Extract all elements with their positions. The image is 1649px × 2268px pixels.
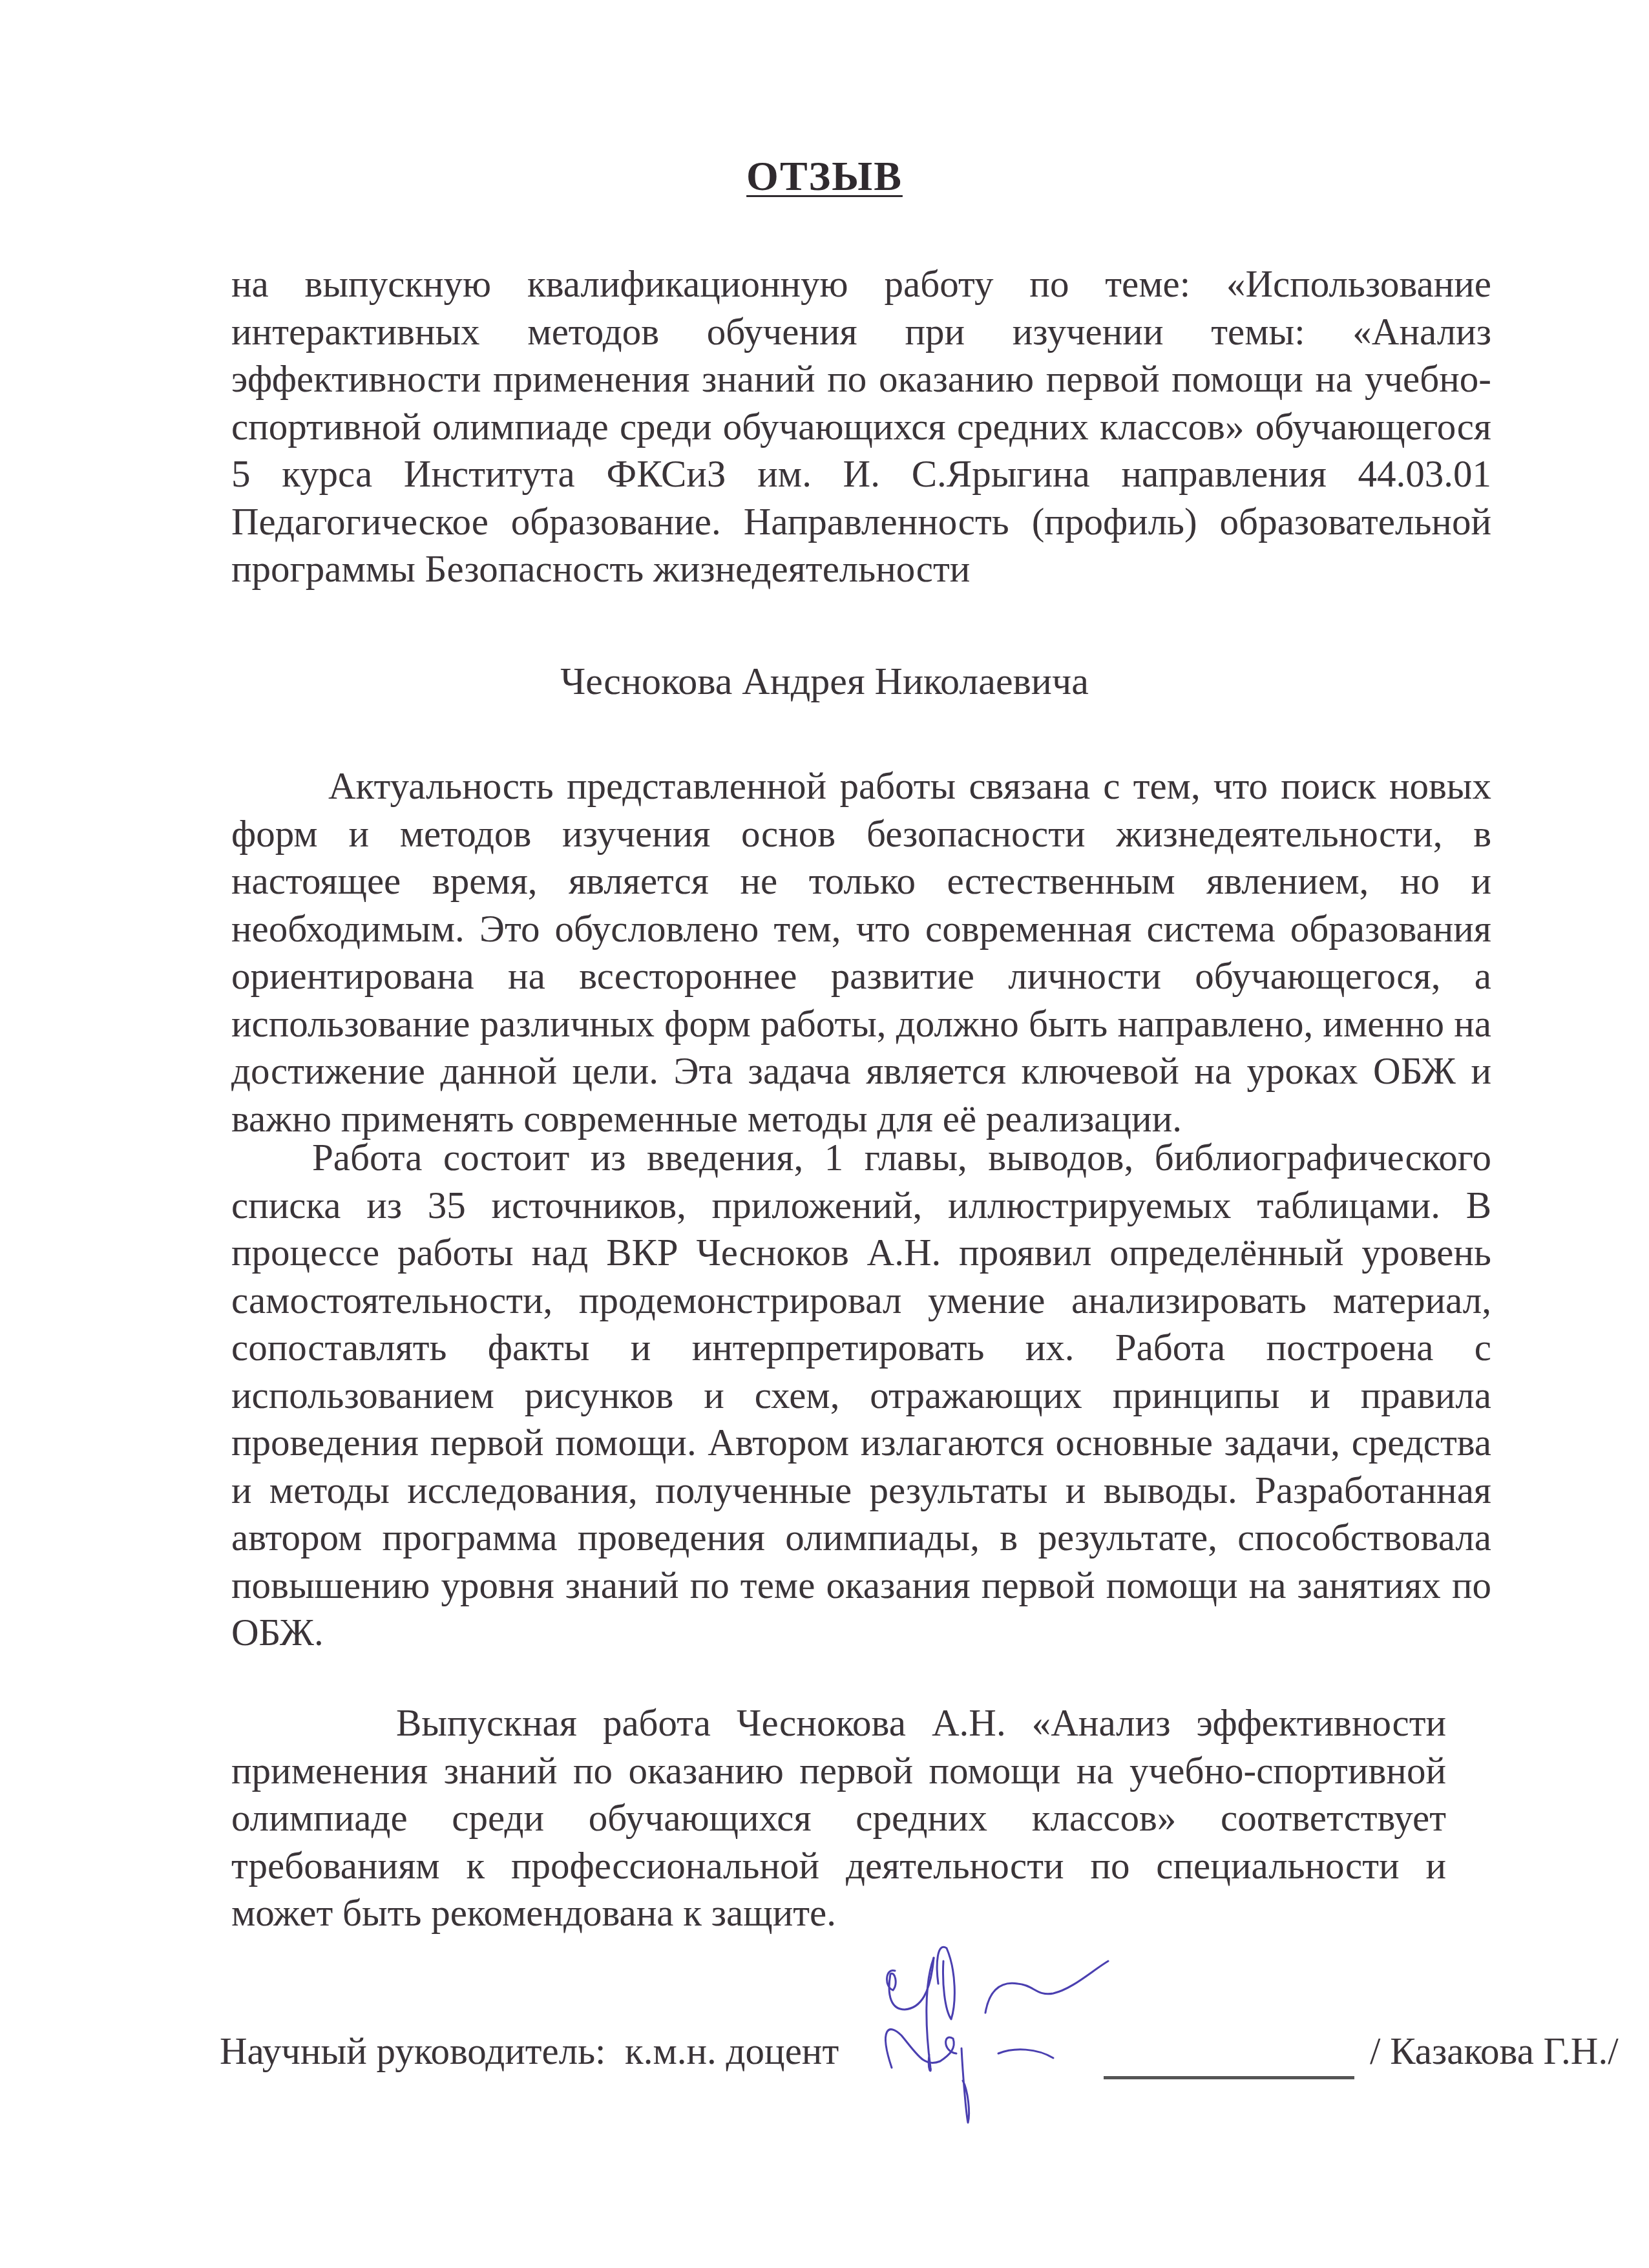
document-page: ОТЗЫВ на выпускную квалификационную рабо… — [0, 0, 1649, 2268]
paragraph-text: Актуальность представленной работы связа… — [231, 762, 1491, 1142]
paragraph-conclusion: Выпускная работа Чеснокова А.Н. «Анализ … — [231, 1699, 1446, 1937]
handwritten-signature-icon — [859, 1945, 1221, 2139]
paragraph-text: Выпускная работа Чеснокова А.Н. «Анализ … — [231, 1699, 1446, 1937]
paragraph-structure: Работа состоит из введения, 1 главы, выв… — [231, 1134, 1491, 1657]
paragraph-text: Работа состоит из введения, 1 главы, выв… — [231, 1134, 1491, 1657]
supervisor-label: Научный руководитель: к.м.н. доцент — [220, 2029, 839, 2074]
header-text: на выпускную квалификационную работу по … — [231, 260, 1491, 593]
document-title: ОТЗЫВ — [0, 152, 1649, 200]
student-name: Чеснокова Андрея Николаевича — [0, 659, 1649, 704]
supervisor-name: / Казакова Г.Н./ — [1370, 2029, 1619, 2074]
signature-block: Научный руководитель: к.м.н. доцент / Ка… — [220, 2029, 1480, 2081]
review-subject-header: на выпускную квалификационную работу по … — [231, 260, 1491, 593]
paragraph-relevance: Актуальность представленной работы связа… — [231, 762, 1491, 1142]
